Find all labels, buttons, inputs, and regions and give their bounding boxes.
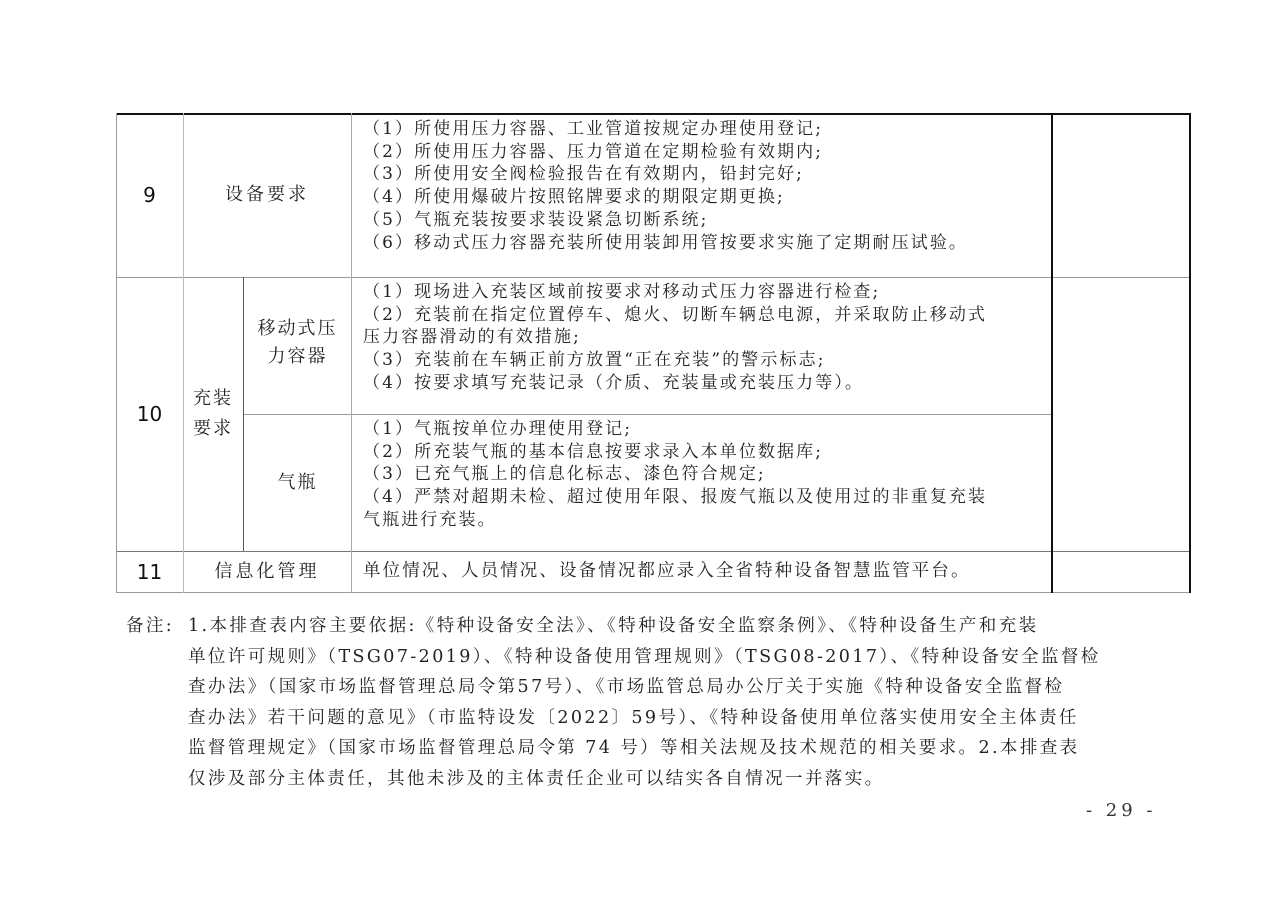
content-line: 压力容器滑动的有效措施; [363, 326, 1051, 349]
row-number-text: 11 [137, 560, 162, 584]
row-remark [1052, 113, 1189, 277]
content-line: （6）移动式压力容器充装所使用装卸用管按要求实施了定期耐压试验。 [363, 232, 1051, 255]
content-line: （3）所使用安全阀检验报告在有效期内，铅封完好; [363, 163, 1051, 186]
content-line: （1）现场进入充装区域前按要求对移动式压力容器进行检查; [363, 281, 1051, 304]
row-item: 设备要求 [183, 113, 351, 277]
content-line: 气瓶进行充装。 [363, 509, 1051, 532]
subrow-divider-10 [243, 414, 1051, 415]
notes-line: 单位许可规则》（TSG07-2019）、《特种设备使用管理规则》（TSG08-2… [188, 642, 1156, 673]
content-line: （1）所使用压力容器、工业管道按规定办理使用登记; [363, 118, 1051, 141]
notes-line: 查办法》若干问题的意见》（市监特设发〔2022〕59号）、《特种设备使用单位落实… [188, 703, 1156, 734]
notes-line: 监督管理规定》（国家市场监督管理总局令第 74 号）等相关法规及技术规范的相关要… [188, 733, 1156, 764]
subrow-item-text: 移动式压 [258, 315, 338, 343]
page-number: - 29 - [1086, 800, 1157, 821]
content-line: （4）按要求填写充装记录（介质、充装量或充装压力等）。 [363, 372, 1051, 395]
subrow-content: （1）现场进入充装区域前按要求对移动式压力容器进行检查; （2）充装前在指定位置… [357, 281, 1051, 395]
subrow-item-text: 力容器 [268, 343, 328, 371]
row-remark [1052, 551, 1189, 592]
content-line: （4）所使用爆破片按照铭牌要求的期限定期更换; [363, 186, 1051, 209]
content-line: （3）已充气瓶上的信息化标志、漆色符合规定; [363, 463, 1051, 486]
row-item-text: 设备要求 [225, 180, 309, 210]
row-item-text: 要求 [193, 414, 233, 444]
notes-body: 1.本排查表内容主要依据:《特种设备安全法》、《特种设备安全监察条例》、《特种设… [188, 611, 1156, 794]
content-line: （1）气瓶按单位办理使用登记; [363, 418, 1051, 441]
content-line: （4）严禁对超期未检、超过使用年限、报废气瓶以及使用过的非重复充装 [363, 486, 1051, 509]
content-line: 单位情况、人员情况、设备情况都应录入全省特种设备智慧监管平台。 [363, 560, 971, 583]
document-page: 9 设备要求 （1）所使用压力容器、工业管道按规定办理使用登记; （2）所使用压… [0, 0, 1280, 905]
row-number: 9 [116, 113, 183, 277]
row-item-text: 充装 [193, 384, 233, 414]
row-number: 11 [116, 551, 183, 592]
row-number: 10 [116, 277, 183, 551]
subrow-item: 移动式压 力容器 [244, 277, 351, 414]
row-item: 充装 要求 [183, 277, 243, 551]
row-item-text: 信息化管理 [215, 557, 320, 587]
subrow-item: 气瓶 [244, 414, 351, 551]
content-line: （5）气瓶充装按要求装设紧急切断系统; [363, 209, 1051, 232]
row-content: （1）所使用压力容器、工业管道按规定办理使用登记; （2）所使用压力容器、压力管… [357, 118, 1051, 254]
notes-line: 查办法》（国家市场监督管理总局令第57号）、《市场监管总局办公厅关于实施《特种设… [188, 672, 1156, 703]
notes-section: 备注: 1.本排查表内容主要依据:《特种设备安全法》、《特种设备安全监察条例》、… [126, 611, 1156, 794]
content-line: （2）充装前在指定位置停车、熄火、切断车辆总电源，并采取防止移动式 [363, 304, 1051, 327]
content-line: （2）所充装气瓶的基本信息按要求录入本单位数据库; [363, 441, 1051, 464]
inspection-table: 9 设备要求 （1）所使用压力容器、工业管道按规定办理使用登记; （2）所使用压… [116, 113, 1191, 593]
table-right-border [1189, 113, 1191, 593]
row-number-text: 9 [143, 183, 156, 207]
subrow-content: （1）气瓶按单位办理使用登记; （2）所充装气瓶的基本信息按要求录入本单位数据库… [357, 418, 1051, 532]
subrow-remark [1052, 277, 1189, 414]
row-item: 信息化管理 [183, 551, 351, 592]
notes-line: 1.本排查表内容主要依据:《特种设备安全法》、《特种设备安全监察条例》、《特种设… [188, 611, 1156, 642]
row-content: 单位情况、人员情况、设备情况都应录入全省特种设备智慧监管平台。 [357, 551, 1051, 592]
notes-line: 仅涉及部分主体责任，其他未涉及的主体责任企业可以结实各自情况一并落实。 [188, 764, 1156, 795]
table-bottom-border [116, 592, 1191, 593]
col-divider-item [351, 113, 352, 593]
subrow-remark [1052, 414, 1189, 551]
row-number-text: 10 [137, 402, 162, 426]
notes-label: 备注: [126, 611, 174, 642]
content-line: （3）充装前在车辆正前方放置“正在充装”的警示标志; [363, 349, 1051, 372]
content-line: （2）所使用压力容器、压力管道在定期检验有效期内; [363, 141, 1051, 164]
subrow-item-text: 气瓶 [278, 468, 318, 498]
